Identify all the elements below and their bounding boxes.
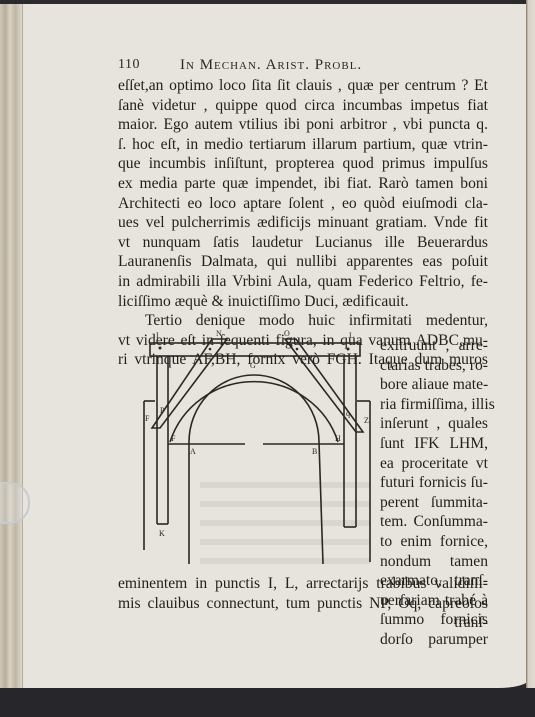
page-clip xyxy=(0,482,30,524)
text-line: perent ſummita- xyxy=(380,493,488,513)
label-I: I xyxy=(156,331,159,340)
text-line: ſunt IFK LHM, xyxy=(380,434,488,454)
label-A: A xyxy=(190,447,196,456)
running-title: In Mechan. Arist. Probl. xyxy=(180,57,362,74)
book-page: 110 In Mechan. Arist. Probl. eſſet,an op… xyxy=(0,4,528,688)
page-number: 110 xyxy=(118,57,140,73)
text-line: ex media parte quæ impendet, ibi fiat. R… xyxy=(118,174,488,194)
text-line: Lauranenſis Dalmata, qui nullibi apparen… xyxy=(118,252,488,272)
label-H: H xyxy=(335,434,341,443)
arch-diagram: I N O L G P q F Z F H A B K xyxy=(130,324,380,566)
text-line: eminentem in punctis I, L, arrectarijs t… xyxy=(118,574,488,594)
text-line: maior. Ego autem vtilius ibi poni arbitr… xyxy=(118,115,488,135)
label-B: B xyxy=(312,447,317,456)
text-line: nondum tamen xyxy=(380,552,488,572)
label-F: F xyxy=(171,434,176,443)
label-N: N xyxy=(216,329,222,338)
label-O: O xyxy=(284,329,290,338)
label-K: K xyxy=(159,529,165,538)
text-line: to enim fornice, xyxy=(380,532,488,552)
bottom-text: eminentem in punctis I, L, arrectarijs t… xyxy=(118,574,488,633)
text-line: vt nunquam ſatis laudetur Lucianus ille … xyxy=(118,233,488,253)
text-line: ſ. hoc eſt, in medio tertiarum illarum p… xyxy=(118,135,488,155)
text-line: dorſo parumper xyxy=(380,630,488,650)
text-line: Architecti eo loco aptare ſolent , eo qu… xyxy=(118,194,488,214)
label-G: G xyxy=(250,361,256,370)
text-line: exſtruunt , arre- xyxy=(380,336,488,356)
page-header: 110 In Mechan. Arist. Probl. xyxy=(118,57,488,73)
arch-figure: I N O L G P q F Z F H A B K xyxy=(130,324,380,566)
text-line: ctarias trabes, ro- xyxy=(380,356,488,376)
text-line: ea proceritate vt xyxy=(380,454,488,474)
text-line: bore aliaue mate- xyxy=(380,375,488,395)
text-line: eſſet,an optimo loco ſita ſit clauis , q… xyxy=(118,76,488,96)
catchword: tranſ- xyxy=(118,613,488,633)
label-E: F xyxy=(145,414,150,423)
text-line: futuri fornicis ſu- xyxy=(380,473,488,493)
text-line: liciſſimo æquè & inuictiſſimo Duci, ædif… xyxy=(118,292,488,312)
text-line: ſanè videtur , quippe quod circa incumba… xyxy=(118,96,488,116)
label-Z: Z xyxy=(364,416,369,425)
page-fore-edge xyxy=(526,0,535,690)
book-binding-gutter xyxy=(0,4,23,688)
text-line: tem. Conſumma- xyxy=(380,512,488,532)
text-line: in admirabili illa Vrbini Aula, quam Fed… xyxy=(118,272,488,292)
book-bottom-shadow xyxy=(0,688,535,717)
text-line: ues vel pulcherrimis ædificijs minuant g… xyxy=(118,213,488,233)
text-line: inſerunt , quales xyxy=(380,414,488,434)
label-L: L xyxy=(349,331,354,340)
label-q: q xyxy=(346,409,350,418)
text-line: que incumbis inſiſtunt, propterea quod p… xyxy=(118,154,488,174)
text-line: mis clauibus connectunt, tum punctis NP,… xyxy=(118,594,488,614)
text-line: ria firmiſſima, illis xyxy=(380,395,488,415)
label-P: P xyxy=(160,406,165,415)
